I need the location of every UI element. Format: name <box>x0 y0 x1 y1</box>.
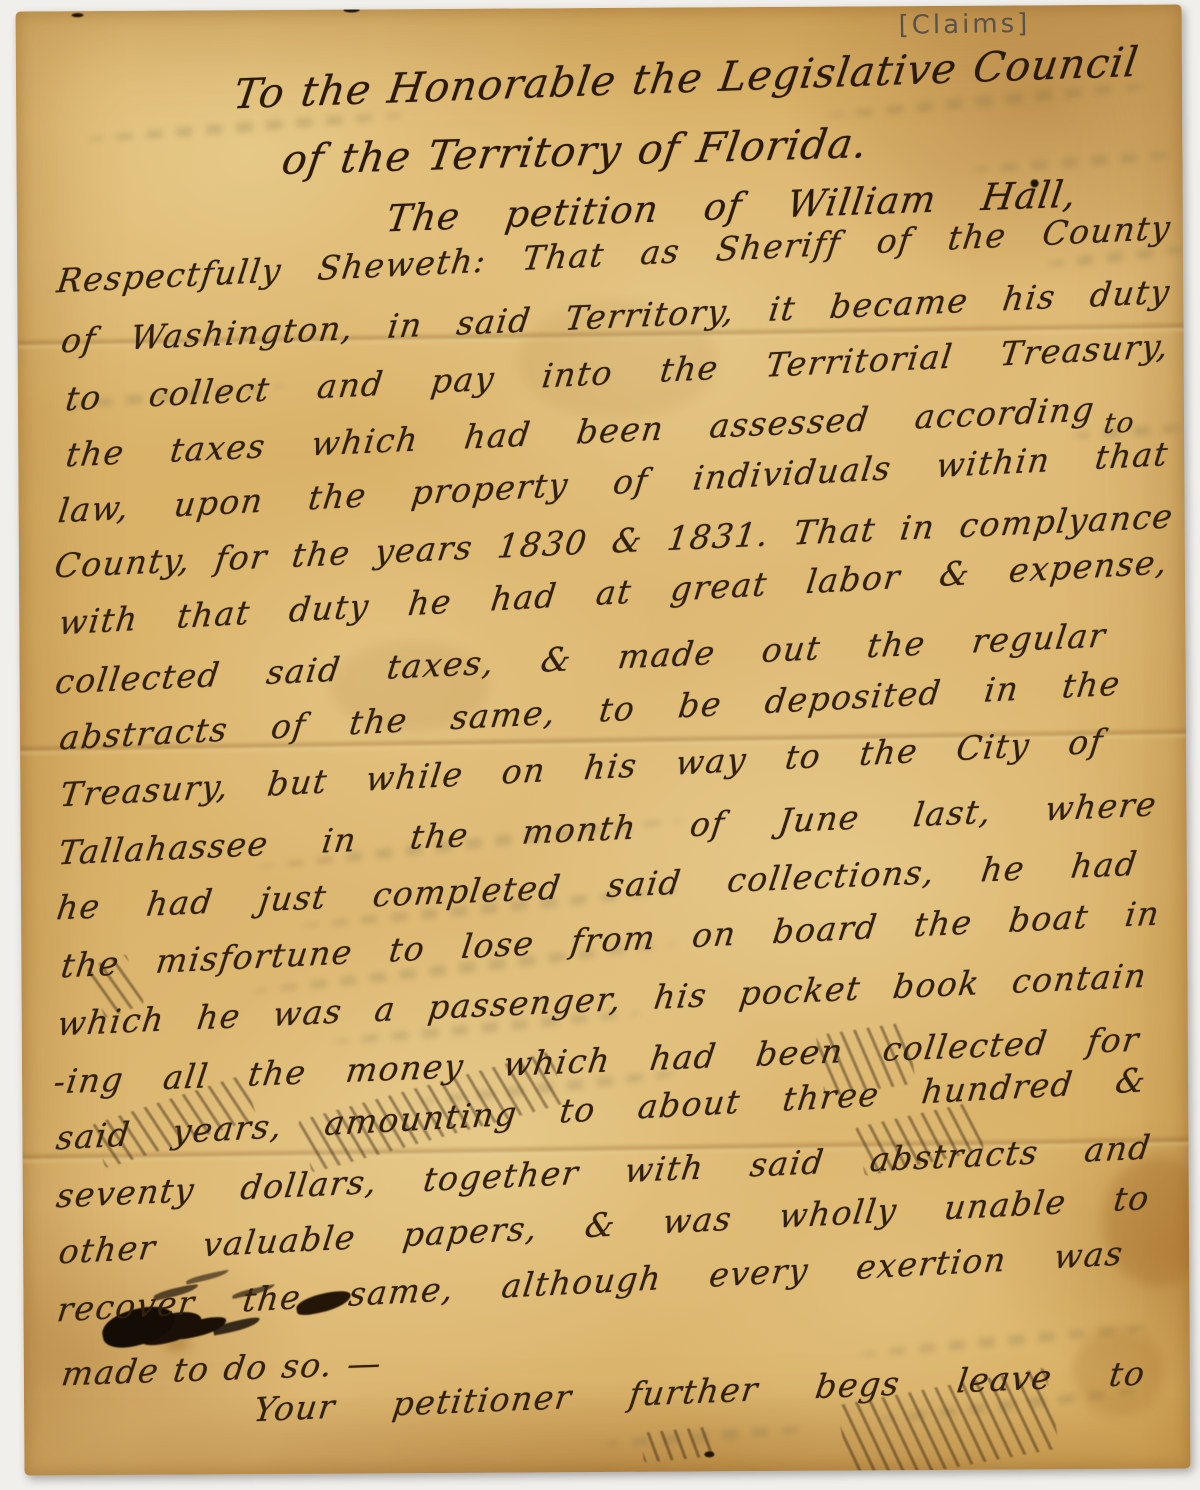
scanned-manuscript-page: { "annotation": { "text": "[Claims]" }, … <box>0 0 1200 1490</box>
claims-annotation: [Claims] <box>898 9 1030 41</box>
inserted-word: to <box>1102 406 1138 440</box>
heading-line: of the Territory of Florida. <box>279 119 871 184</box>
heading-line: To the Honorable the Legislative Council <box>231 38 1142 119</box>
ink-speck <box>704 1451 714 1457</box>
verso-showthrough-mark <box>971 149 1181 175</box>
ink-speck <box>72 13 84 17</box>
ink-smudge <box>641 1426 715 1463</box>
manuscript-paper: [Claims] To the Honorable the Legislativ… <box>16 4 1191 1475</box>
ink-speck <box>344 7 360 12</box>
